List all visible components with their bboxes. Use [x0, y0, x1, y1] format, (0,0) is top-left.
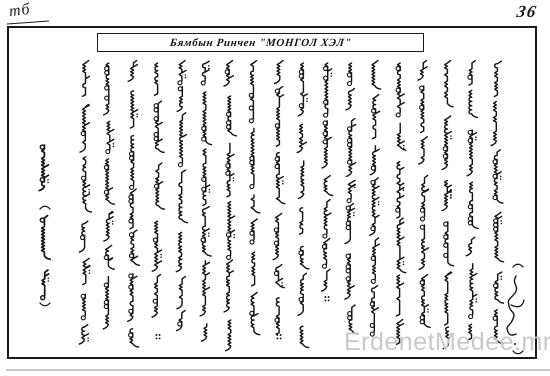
mongolian-script-text-block [0, 0, 550, 376]
running-header-title: Бямбын Ринчен "МОНГОЛ ХЭЛ" [169, 37, 352, 49]
running-header-box: Бямбын Ринчен "МОНГОЛ ХЭЛ" [97, 33, 424, 52]
page-number: 36 [515, 2, 539, 22]
handwritten-mark: тб [8, 1, 32, 21]
watermark-text: ErdenetMedee.mn [344, 328, 550, 357]
scanned-book-page: тб 36 Бямбын Ринчен "МОНГОЛ ХЭЛ" Erdenet… [0, 0, 550, 376]
